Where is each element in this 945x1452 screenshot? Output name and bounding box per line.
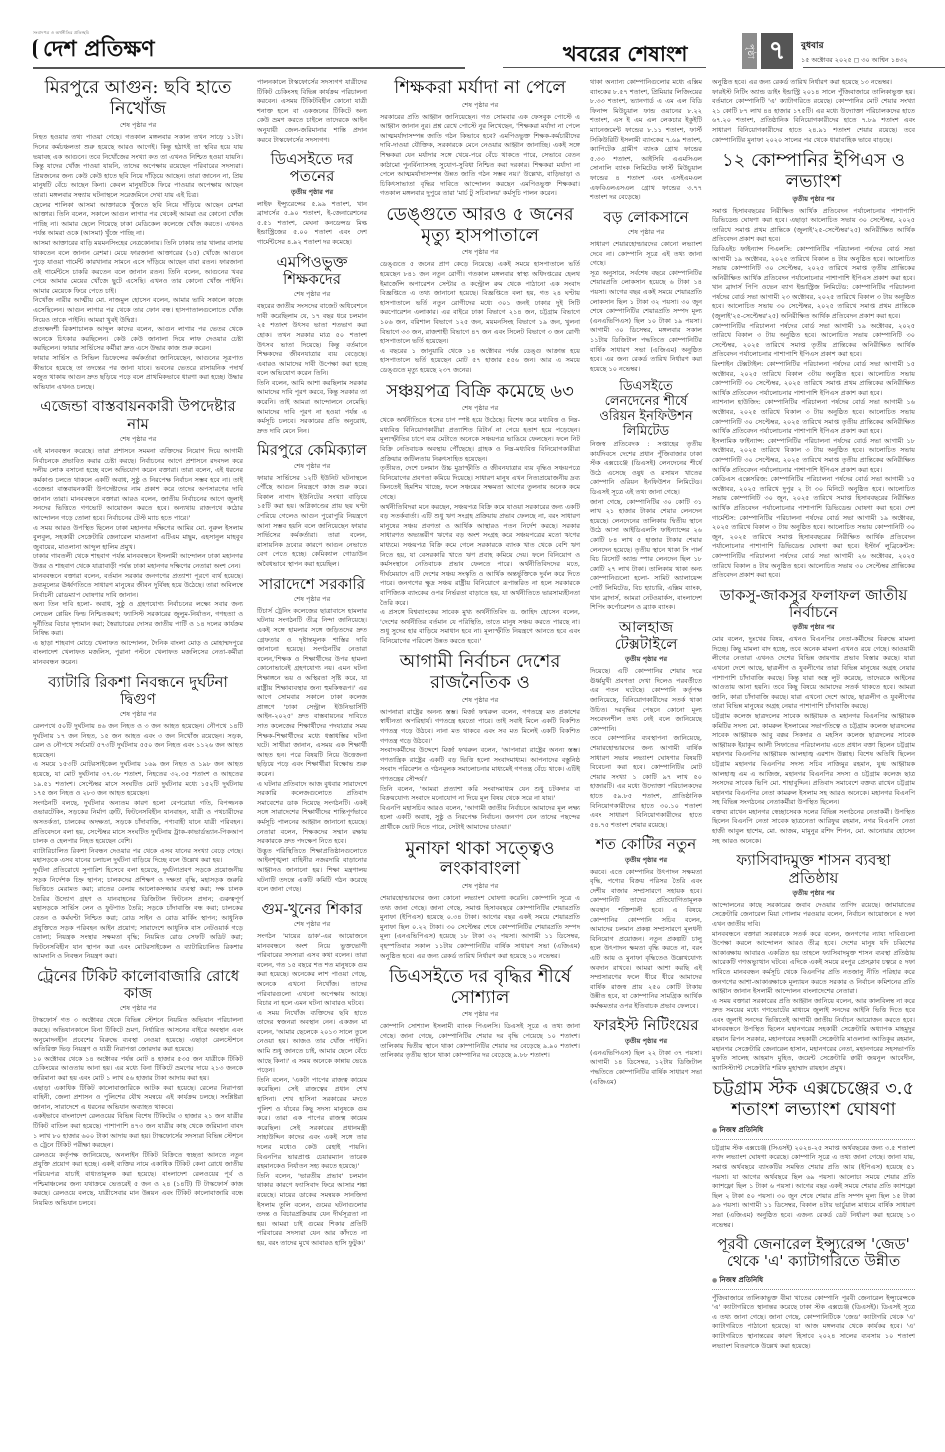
headline[interactable]: ডিএসইতে লেনদেনের শীর্ষে ওরিয়ন ইনফিউশন ল… [590, 380, 702, 440]
divider [712, 1289, 915, 1290]
jump-line: শেষ পৃষ্ঠার পর [257, 461, 367, 472]
story-body: এই মানববন্ধন করেছে। তারা প্রশাসনে সমমনা … [33, 447, 243, 668]
paragraph: অর্থনীতিবিদরা মনে করছেন, সঞ্চয়পত্র বিক্… [380, 503, 580, 609]
paragraph: সংবাদকর্মীদের উদ্দেশে মির্জা ফখরুল বলেন,… [380, 746, 580, 784]
paragraph: বছরের জাতীয় সংসদের বাজেট অধিবেশনে দাবী … [257, 302, 367, 379]
story-body: টাস্কফোর্স গত ৩ অক্টোবর থেকে বিভিন্ন স্ট… [33, 1016, 243, 1208]
paragraph: তিনি বলেন, 'ভারতীয় প্রভাব' চলমান থাকার … [257, 1172, 367, 1249]
newspaper-logo[interactable]: সংবাদপত্র ও অর্থনীতির প্রতিচ্ছবি দেশ প্র… [33, 30, 155, 62]
story-aalhaj-textile[interactable]: আলহাজ টেক্সটাইলে তৃতীয় পৃষ্ঠার পর দিয়ে… [590, 619, 702, 831]
jump-line: তৃতীয় পৃষ্ঠার পর [590, 855, 702, 866]
headline[interactable]: ডিএসইতে দর বৃদ্ধির শীর্ষে সোশ্যাল [380, 967, 580, 1008]
paragraph: তবে কোম্পানির ব্যবস্থাপনা জানিয়েছে, শেয… [590, 734, 702, 830]
headline[interactable]: আলহাজ টেক্সটাইলে [590, 619, 702, 654]
jump-line: শেষ পৃষ্ঠার পর [33, 1003, 243, 1014]
headline[interactable]: পূরবী জেনারেল ইন্স্যুরেন্স 'জেড' থেকে 'এ… [712, 1236, 915, 1271]
jump-line: শেষ পৃষ্ঠার পর [33, 120, 243, 131]
paragraph: এ সময় নিখোঁজ ব্যক্তিদের ছবি হাতে তাদের … [257, 1009, 367, 1076]
story-purabi-insurance[interactable]: পূরবী জেনারেল ইন্স্যুরেন্স 'জেড' থেকে 'এ… [712, 1236, 915, 1351]
paragraph: সংগঠনটি বলছে, দুর্ঘটনার অন্যতম কারণ হলো … [33, 799, 243, 847]
headline[interactable]: ব্যাটারি রিকশা নিবন্ধনে দুর্ঘটনা দ্বিগুণ [33, 674, 243, 709]
paragraph: এ সময় আরও উপস্থিত ছিলেন ঢাকা মহানগর দক্… [33, 524, 243, 553]
paragraph: সংগঠন 'মায়ের ডাক'-এর আয়োজনে মানববন্ধনে… [257, 932, 367, 1009]
jump-line: তৃতীয় পৃষ্ঠার পর [590, 1036, 702, 1047]
paragraph: কোম্পানি সোশ্যাল ইসলামী ব্যাংক পিএলসি। ড… [380, 1022, 580, 1060]
paragraph: অন্য তিন দাবি হলো- অবাধ, সুষ্ঠু ও গ্রহণয… [33, 600, 243, 638]
paragraph: অনুষ্ঠিত হবে। এর জন্য রেকর্ড তারিখ নির্ধ… [712, 78, 915, 88]
headline[interactable]: মিরপুরে কেমিক্যাল [257, 442, 367, 459]
paragraph: সমাপ্ত হিসাববছরের নিরীক্ষিত আর্থিক প্রতি… [712, 207, 915, 245]
story-enforced-disappearance[interactable]: গুম-খুনের শিকার শেষ পৃষ্ঠার পর সংগঠন 'মা… [257, 901, 367, 1249]
paragraph: ঢাকার গাবতলী থেকে শাহবাগ পর্যন্ত মানববন্… [33, 552, 243, 571]
headline[interactable]: ডিএসইতে দর পতনের [257, 151, 367, 186]
headline[interactable]: ডেঙ্গুতে আরও ৫ জনের মৃত্যু হাসপাতালে [380, 205, 580, 246]
byline: নিজস্ব প্রতিনিধি [712, 1124, 915, 1136]
story-body: রেলপথে ৫০টি দুর্ঘটনায় ৪৬ জন নিহত ও ৩ জন… [33, 722, 243, 962]
paragraph: তৃতীয়ত, দেশে চলমান উচ্চ মুদ্রাস্ফীতি ও … [380, 464, 580, 502]
paragraph: কেডিএস এক্সেসরিজ: কোম্পানিটির পরিচালনা প… [712, 475, 915, 581]
jump-line: শেষ পৃষ্ঠার পর [257, 289, 367, 300]
story-continuation-gainers: থাকা অন্যান্য কোম্পানিগুলোর মধ্যে এক্সিম… [590, 78, 702, 203]
paragraph: সরকারের প্রতি আহ্বান জানিয়েছেন। গত সোমব… [380, 113, 580, 199]
jump-line: শেষ পৃষ্ঠার পর [380, 247, 580, 258]
paragraph: ফারইস্ট নিটিং অ্যান্ড ডাইং ইন্ডাস্ট্রি ২… [712, 88, 915, 146]
paragraph: ফায়ার সার্ভিস ও সিভিল ডিফেন্সের কর্মকর্… [33, 354, 243, 392]
paragraph: ন্যাশনাল হাউজিং: কোম্পানিটির পরিচালনা পর… [712, 398, 915, 436]
paragraph: এ সময়ে ১৫৩টি মোটরসাইকেল দুর্ঘটনায় ১৬৯ … [33, 760, 243, 798]
paragraph: তিনি বলেন, 'আমরা প্রত্যাশা করি সংবাদমাধ্… [380, 785, 580, 804]
headline[interactable]: এমপিওভুক্ত শিক্ষকদের [257, 254, 367, 289]
byline: নিজস্ব প্রতিনিধি [712, 1274, 915, 1286]
paragraph: আন্দোলনের কাছে সরকারের জবাব দেওয়ার তাগি… [712, 901, 915, 930]
jump-line: তৃতীয় পৃষ্ঠার পর [257, 187, 367, 198]
story-lankabangla-profit[interactable]: মুনাফা থাকা সত্ত্বেও লংকাবাংলা শেষ পৃষ্ঠ… [380, 839, 580, 962]
story-election-politics[interactable]: আগামী নির্বাচন দেশের রাজনৈতিক ও শেষ পৃষ্… [380, 652, 580, 832]
paragraph: ডেঙ্গুতে ৫ জনের প্রাণ কেড়ে নিয়েছে। একই… [380, 260, 580, 346]
column-5: অনুষ্ঠিত হবে। এর জন্য রেকর্ড তারিখ নির্ধ… [712, 78, 915, 1357]
paragraph: পুঁজিবাজারে তালিকাভুক্ত বীমা খাতের কোম্প… [712, 1294, 915, 1352]
headline[interactable]: সঞ্চয়পত্র বিক্রি কমেছে ৬৩ [380, 382, 580, 403]
story-mirpur-chemical[interactable]: মিরপুরে কেমিক্যাল শেষ পৃষ্ঠার পর ফায়ার … [257, 442, 367, 569]
headline[interactable]: আগামী নির্বাচন দেশের রাজনৈতিক ও [380, 652, 580, 693]
paragraph: প্রত্যক্ষদর্শী রিকশাচালক আব্দুল কাদের বল… [33, 325, 243, 354]
paragraph: আপনারা রাষ্ট্রের অনন্য স্তম্ভ। মির্জা ফখ… [380, 708, 580, 746]
headline[interactable]: মুনাফা থাকা সত্ত্বেও লংকাবাংলা [380, 839, 580, 880]
story-mirpur-fire[interactable]: মিরপুরে আগুন: ছবি হাতে নিখোঁজ শেষ পৃষ্ঠা… [33, 78, 243, 392]
column-4: থাকা অন্যান্য কোম্পানিগুলোর মধ্যে এক্সিম… [590, 78, 702, 1093]
jump-line: শেষ পৃষ্ঠার পর [380, 403, 580, 414]
story-big-loss[interactable]: বড় লোকসানে শেষ পৃষ্ঠার পর সাধারণ শেয়ার… [590, 209, 702, 375]
paragraph: এ প্রসঙ্গে বিশ্বব্যাংকের সাবেক মুখ্য অর্… [380, 608, 580, 646]
jump-line: তৃতীয় পৃষ্ঠার পর [590, 654, 702, 665]
column-2: পালনকালে টাস্কফোর্সের সদস্যগণ যাত্রীদের … [257, 78, 367, 1255]
headline[interactable]: শিক্ষকরা মর্যাদা না পেলে [380, 78, 580, 99]
paragraph: সাধারণ শেয়ারহোল্ডারদের কোনো লভ্যাংশ দেব… [590, 240, 702, 269]
paragraph: কোম্পানিটির পরিচালনা পর্ষদের বোর্ড সভা আ… [712, 322, 915, 360]
paragraph: জানা গেছে, কোম্পানিটির ৩০ কোটি ৩১ লাখ ২১… [590, 498, 702, 613]
headline[interactable]: ফ্যাসিবাদমুক্ত শাসন ব্যবস্থা প্রতিষ্ঠায় [712, 852, 915, 887]
headline[interactable]: মিরপুরে আগুন: ছবি হাতে নিখোঁজ [33, 78, 243, 119]
story-advisor-agenda[interactable]: এজেন্ডা বাস্তবায়নকারী উপদেষ্টার নাম শেষ… [33, 398, 243, 667]
column-3: শিক্ষকরা মর্যাদা না পেলে শেষ পৃষ্ঠার পর … [380, 78, 580, 1067]
paragraph: ইসলামিক ফাইন্যান্স: কোম্পানিটির পরিচালনা… [712, 437, 915, 475]
paragraph: একইভাবে বাংলাদেশ রেলওয়ের বিভিন্ন বিশেষ … [33, 1112, 243, 1150]
masthead-rule [33, 67, 465, 69]
paragraph: তিনি বলেন, 'একটা পাপের রাজত্ব কায়েম করে… [257, 1076, 367, 1172]
paragraph: থেকে অর্থনীতিতে ধসের চাপ স্পষ্ট হয়ে উঠে… [380, 416, 580, 464]
paragraph: মানববন্ধনে বক্তারা বলেন, বর্তমান সরকার জ… [33, 572, 243, 601]
divider [712, 1139, 915, 1140]
story-body: নিহত হওয়ার তথ্য পাওয়া গেছে। গতকাল মঙ্গ… [33, 133, 243, 392]
paragraph: চট্টগ্রাম স্টক এক্সচেঞ্জ (সিএসই) ২০২৪-২৫… [712, 1144, 915, 1230]
jump-line: শেষ পৃষ্ঠার পর [590, 227, 702, 238]
jump-line: শেষ পৃষ্ঠার পর [380, 881, 580, 892]
jump-line: শেষ পৃষ্ঠার পর [257, 594, 367, 605]
paragraph: ফায়ার সার্ভিসের ১২টি ইউনিট ঘটনাস্থলে পৌ… [257, 474, 367, 570]
story-teachers-dignity[interactable]: শিক্ষকরা মর্যাদা না পেলে শেষ পৃষ্ঠার পর … [380, 78, 580, 199]
jump-line: শেষ পৃষ্ঠার পর [380, 1009, 580, 1020]
headline[interactable]: ডাকসু-জাকসুর ফলাফল জাতীয় নির্বাচনে [712, 587, 915, 622]
jump-line: তৃতীয় পৃষ্ঠার পর [712, 888, 915, 899]
paragraph: টাস্কফোর্স গত ৩ অক্টোবর থেকে বিভিন্ন স্ট… [33, 1016, 243, 1054]
story-nationwide-govt[interactable]: সারাদেশে সরকারি শেষ পৃষ্ঠার পর টিচার্স ট… [257, 576, 367, 895]
weekday: বুধবার [801, 38, 908, 53]
story-twelve-companies-eps[interactable]: ১২ কোম্পানির ইপিএস ও লভ্যাংশ তৃতীয় পৃষ্… [712, 151, 915, 581]
paragraph: এছাড়া একাধিক টিকিট কালোবাজারিকে আটক করা… [33, 1084, 243, 1113]
paragraph: ডিবিএইচ ফাইন্যান্স পিএলসি: কোম্পানিটির প… [712, 245, 915, 322]
paragraph: থাকা অন্যান্য কোম্পানিগুলোর মধ্যে এক্সিম… [590, 78, 702, 203]
jump-line: তৃতীয় পৃষ্ঠার পর [712, 194, 915, 205]
jump-line: শেষ পৃষ্ঠার পর [380, 695, 580, 706]
story-hundred-crore[interactable]: শত কোটির নতুন তৃতীয় পৃষ্ঠার পর করবে। এত… [590, 836, 702, 1011]
headline[interactable]: গুম-খুনের শিকার [257, 901, 367, 918]
story-train-tickets[interactable]: ট্রেনের টিকিট কালোবাজারি রোধে কাজ শেষ পৃ… [33, 968, 243, 1208]
paragraph: রেলপথে ৫০টি দুর্ঘটনায় ৪৬ জন নিহত ও ৩ জন… [33, 722, 243, 760]
paragraph: এ বছরের ১ জানুয়ারি থেকে ১৪ অক্টোবর পর্য… [380, 347, 580, 376]
masthead: সংবাদপত্র ও অর্থনীতির প্রতিচ্ছবি দেশ প্র… [33, 30, 913, 70]
column-1: মিরপুরে আগুন: ছবি হাতে নিখোঁজ শেষ পৃষ্ঠা… [33, 78, 243, 1214]
story-savings-certificates[interactable]: সঞ্চয়পত্র বিক্রি কমেছে ৬৩ শেষ পৃষ্ঠার প… [380, 382, 580, 647]
paragraph: ব্যাটারিচালিত রিকশা নিবন্ধন দেওয়ার পর থ… [33, 847, 243, 866]
paragraph: রিংশাইন টেক্সটাইল: কোম্পানিটির পরিচালনা … [712, 360, 915, 398]
dateline: বুধবার ১৫ অক্টোবর ২০২৫ ◻ ৩০ আশ্বিন ১৪৩২ [801, 38, 908, 66]
paragraph: এ সময় বক্তারা সরকারের প্রতি আহ্বান জানি… [712, 997, 915, 1074]
story-ducsu-jucsu[interactable]: ডাকসু-জাকসুর ফলাফল জাতীয় নির্বাচনে তৃতী… [712, 587, 915, 847]
jump-line: শেষ পৃষ্ঠার পর [33, 709, 243, 720]
headline[interactable]: এজেন্ডা বাস্তবায়নকারী উপদেষ্টার নাম [33, 398, 243, 433]
paragraph: লাইফ ইন্স্যুরেন্সের ৫.৯৯ শতাংশ, খান ব্রা… [257, 200, 367, 248]
paragraph: টিচার্স ট্রেনিং কলেজের ছাত্রাবাসে হামলার… [257, 607, 367, 780]
paragraph: এ ঘটনার প্রতিবাদে আজ বুধবার সারাদেশে সরক… [257, 780, 367, 847]
headline[interactable]: চট্টগ্রাম স্টক এক্সচেঞ্জের ৩.৫ শতাংশ লভ্… [712, 1079, 915, 1120]
logo-wordmark: দেশ প্রতিক্ষণ [43, 36, 155, 62]
story-fascism-free[interactable]: ফ্যাসিবাদমুক্ত শাসন ব্যবস্থা প্রতিষ্ঠায়… [712, 852, 915, 1073]
paragraph: দিয়েছে। এটি কোম্পানির শেয়ার দরে ঊর্ধ্ব… [590, 667, 702, 734]
headline[interactable]: বড় লোকসানে [590, 209, 702, 226]
story-fareast-knitting[interactable]: ফারইস্ট নিটিংয়ের তৃতীয় পৃষ্ঠার পর (এনএ… [590, 1017, 702, 1087]
paragraph: মানববন্ধনে বক্তারা সরকারকে সতর্ক করে বলে… [712, 930, 915, 997]
paragraph: দুর্ঘটনা প্রতিরোধে সুপারিশ হিসেবে বলা হয… [33, 866, 243, 962]
paragraph: নিখোঁজ নারীর আত্মীয় মো. নাজমুল হোসেন বল… [33, 296, 243, 325]
jump-line: শেষ পৃষ্ঠার পর [380, 100, 580, 111]
paragraph: শেয়ারহোল্ডারদের জন্য কোনো লভ্যাংশ ঘোষণা… [380, 894, 580, 961]
paragraph: আসমা আক্তারের বাড়ি ময়মনসিংহের নেত্রকোন… [33, 239, 243, 297]
masthead-rule [503, 67, 706, 68]
paragraph: বিএনপি মহাসচিব আরও বলেন, 'আগামী জাতীয় ন… [380, 804, 580, 833]
paragraph: এই মানববন্ধন করেছে। তারা প্রশাসনে সমমনা … [33, 447, 243, 524]
paragraph: চট্টগ্রাম কলেজ ছাত্রদলের সাবেক আহ্বায়ক … [712, 712, 915, 808]
story-orion-infusion[interactable]: ডিএসইতে লেনদেনের শীর্ষে ওরিয়ন ইনফিউশন ল… [590, 380, 702, 612]
story-battery-rickshaw[interactable]: ব্যাটারি রিকশা নিবন্ধনে দুর্ঘটনা দ্বিগুণ… [33, 674, 243, 962]
story-mpo-teachers[interactable]: এমপিওভুক্ত শিক্ষকদের শেষ পৃষ্ঠার পর বছরে… [257, 254, 367, 437]
paragraph: নিহত হওয়ার তথ্য পাওয়া গেছে। গতকাল মঙ্গ… [33, 133, 243, 200]
page-label: পৃষ্ঠা [742, 33, 757, 69]
issue-date: ১৫ অক্টোবর ২০২৫ ◻ ৩০ আশ্বিন ১৪৩২ [801, 55, 908, 66]
story-ctg-stock-exchange[interactable]: চট্টগ্রাম স্টক এক্সচেঞ্জের ৩.৫ শতাংশ লভ্… [712, 1079, 915, 1230]
paragraph: (এনএভিপিএস) ছিল ২২ টাকা ৩৭ পয়সা। আগামী … [590, 1049, 702, 1087]
paragraph: মোর বলেন, দুঃখের বিষয়, এখনও বিএনপির নেত… [712, 635, 915, 712]
jump-line: শেষ পৃষ্ঠার পর [33, 434, 243, 445]
story-dse-fall[interactable]: ডিএসইতে দর পতনের তৃতীয় পৃষ্ঠার পর লাইফ … [257, 151, 367, 247]
paragraph: এ ছাড়া শাহবাগ মোড়ে খেলাফত আন্দোলন, দৈন… [33, 639, 243, 668]
headline[interactable]: ১২ কোম্পানির ইপিএস ও লভ্যাংশ [712, 151, 915, 192]
jump-line: শেষ পৃষ্ঠার পর [257, 919, 367, 930]
story-continuation-taskforce: পালনকালে টাস্কফোর্সের সদস্যগণ যাত্রীদের … [257, 78, 367, 145]
paragraph: উদ্ভূত পরিস্থিতিতে শিক্ষাপ্রতিষ্ঠানগুলোত… [257, 847, 367, 895]
paragraph: বক্তব্য রাখেন মহানগর স্বেচ্ছাসেবক দলের ব… [712, 808, 915, 846]
headline[interactable]: ট্রেনের টিকিট কালোবাজারি রোধে কাজ [33, 968, 243, 1003]
masthead-rule [803, 67, 945, 68]
jump-line: তৃতীয় পৃষ্ঠার পর [712, 622, 915, 633]
headline[interactable]: সারাদেশে সরকারি [257, 576, 367, 593]
paragraph: নিজস্ব প্রতিবেদক : সপ্তাহের তৃতীয় কার্য… [590, 440, 702, 498]
paragraph: ১০ অক্টোবর থেকে ১৪ অক্টোবর পর্যন্ত মোট ৪… [33, 1055, 243, 1084]
paragraph: করবে। এতে কোম্পানির উৎপাদন সক্ষমতা বৃদ্ধ… [590, 868, 702, 1012]
logo-emblem-icon [33, 39, 41, 59]
paragraph: পালনকালে টাস্কফোর্সের সদস্যগণ যাত্রীদের … [257, 78, 367, 145]
paragraph: ছেলের শালিকা আসমা আক্তারকে খুঁজতে ছবি নি… [33, 201, 243, 239]
paragraph: তিনি বলেন, আমি আশা করছিলাম সরকার আমাদের … [257, 379, 367, 437]
story-continuation-fareast: অনুষ্ঠিত হবে। এর জন্য রেকর্ড তারিখ নির্ধ… [712, 78, 915, 145]
page-number: ৭ [761, 33, 793, 69]
headline[interactable]: ফারইস্ট নিটিংয়ের [590, 1017, 702, 1034]
story-dengue[interactable]: ডেঙ্গুতে আরও ৫ জনের মৃত্যু হাসপাতালে শেষ… [380, 205, 580, 376]
paragraph: রেলওয়ে কর্তৃপক্ষ জানিয়েছে, অনলাইন টিকি… [33, 1151, 243, 1209]
paragraph: সূত্র অনুসারে, সর্বশেষ বছরে কোম্পানিটির … [590, 269, 702, 375]
story-social-islami-bank[interactable]: ডিএসইতে দর বৃদ্ধির শীর্ষে সোশ্যাল শেষ পৃ… [380, 967, 580, 1061]
headline[interactable]: শত কোটির নতুন [590, 836, 702, 853]
